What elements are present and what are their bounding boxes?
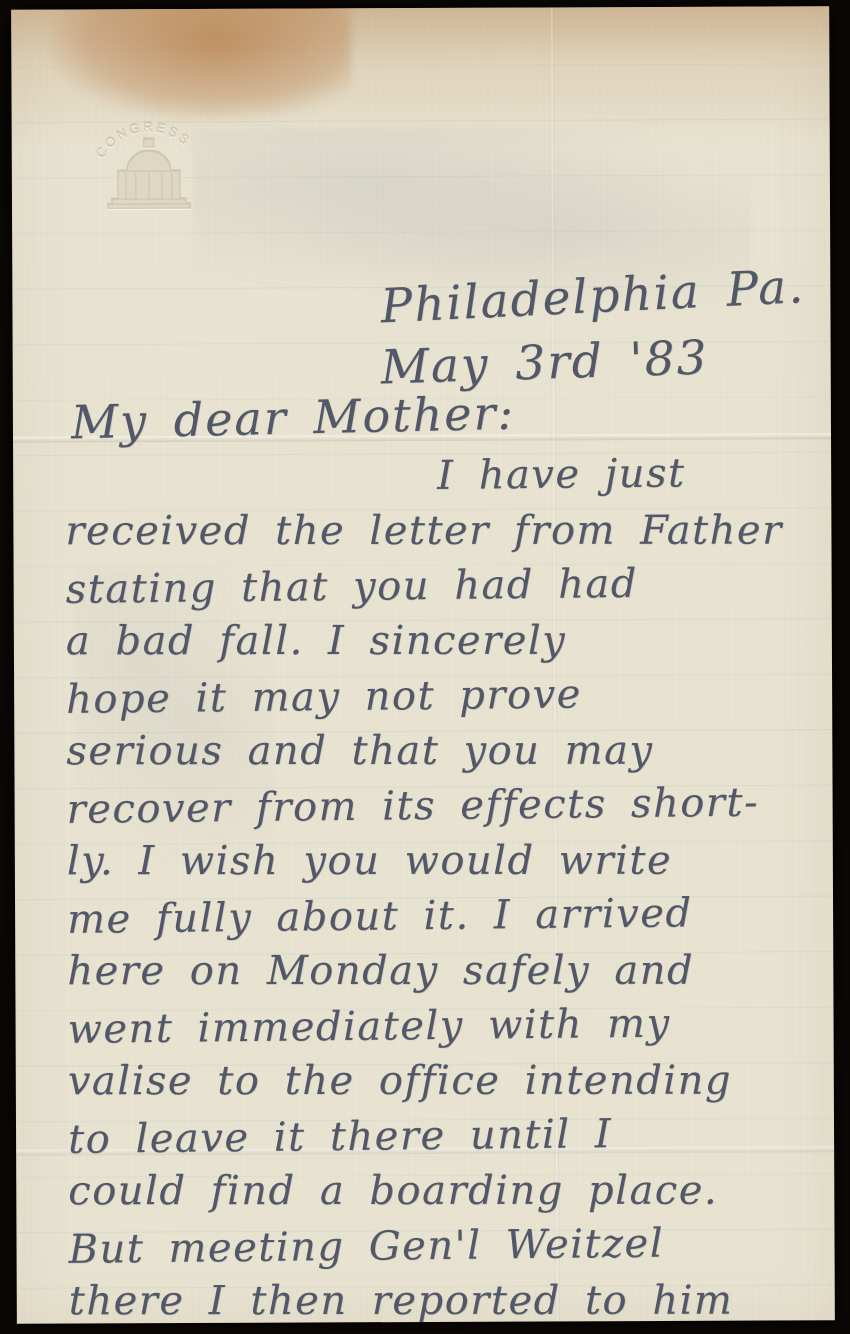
letter-line: But meeting Gen'l Weitzel (68, 1215, 829, 1278)
letter-line: hope it may not prove (66, 665, 827, 728)
letter-line: to leave it there until I (68, 1105, 829, 1168)
letter-line: recover from its effects short- (66, 775, 827, 838)
letter-line: valise to the office intending (68, 1054, 828, 1110)
letter-line: went immediately with my (67, 995, 828, 1058)
letter-line: ly. I wish you would write (67, 834, 827, 890)
letter-line: could find a boarding place. (68, 1164, 828, 1220)
letter-line: there I then reported to him (69, 1274, 829, 1324)
letter-line: received the letter from Father (65, 504, 825, 560)
letter-line: stating that you had had (65, 555, 826, 618)
letter-date: May 3rd '83 (380, 330, 709, 395)
letter-line: serious and that you may (66, 724, 826, 780)
capitol-building-icon (108, 139, 190, 208)
letter-body: I have just received the letter from Fat… (65, 447, 829, 1324)
letter-salutation: My dear Mother: (70, 386, 515, 450)
letter-line: a bad fall. I sincerely (66, 614, 826, 670)
letter-line: here on Monday safely and (67, 944, 827, 1000)
letter-line: I have just (65, 445, 826, 508)
congress-embossed-seal: CONGRESS (74, 99, 225, 230)
letter-line: me fully about it. I arrived (67, 885, 828, 948)
letter-page: CONGRESS Philadelphia Pa. May 3rd '83 My… (11, 6, 835, 1324)
